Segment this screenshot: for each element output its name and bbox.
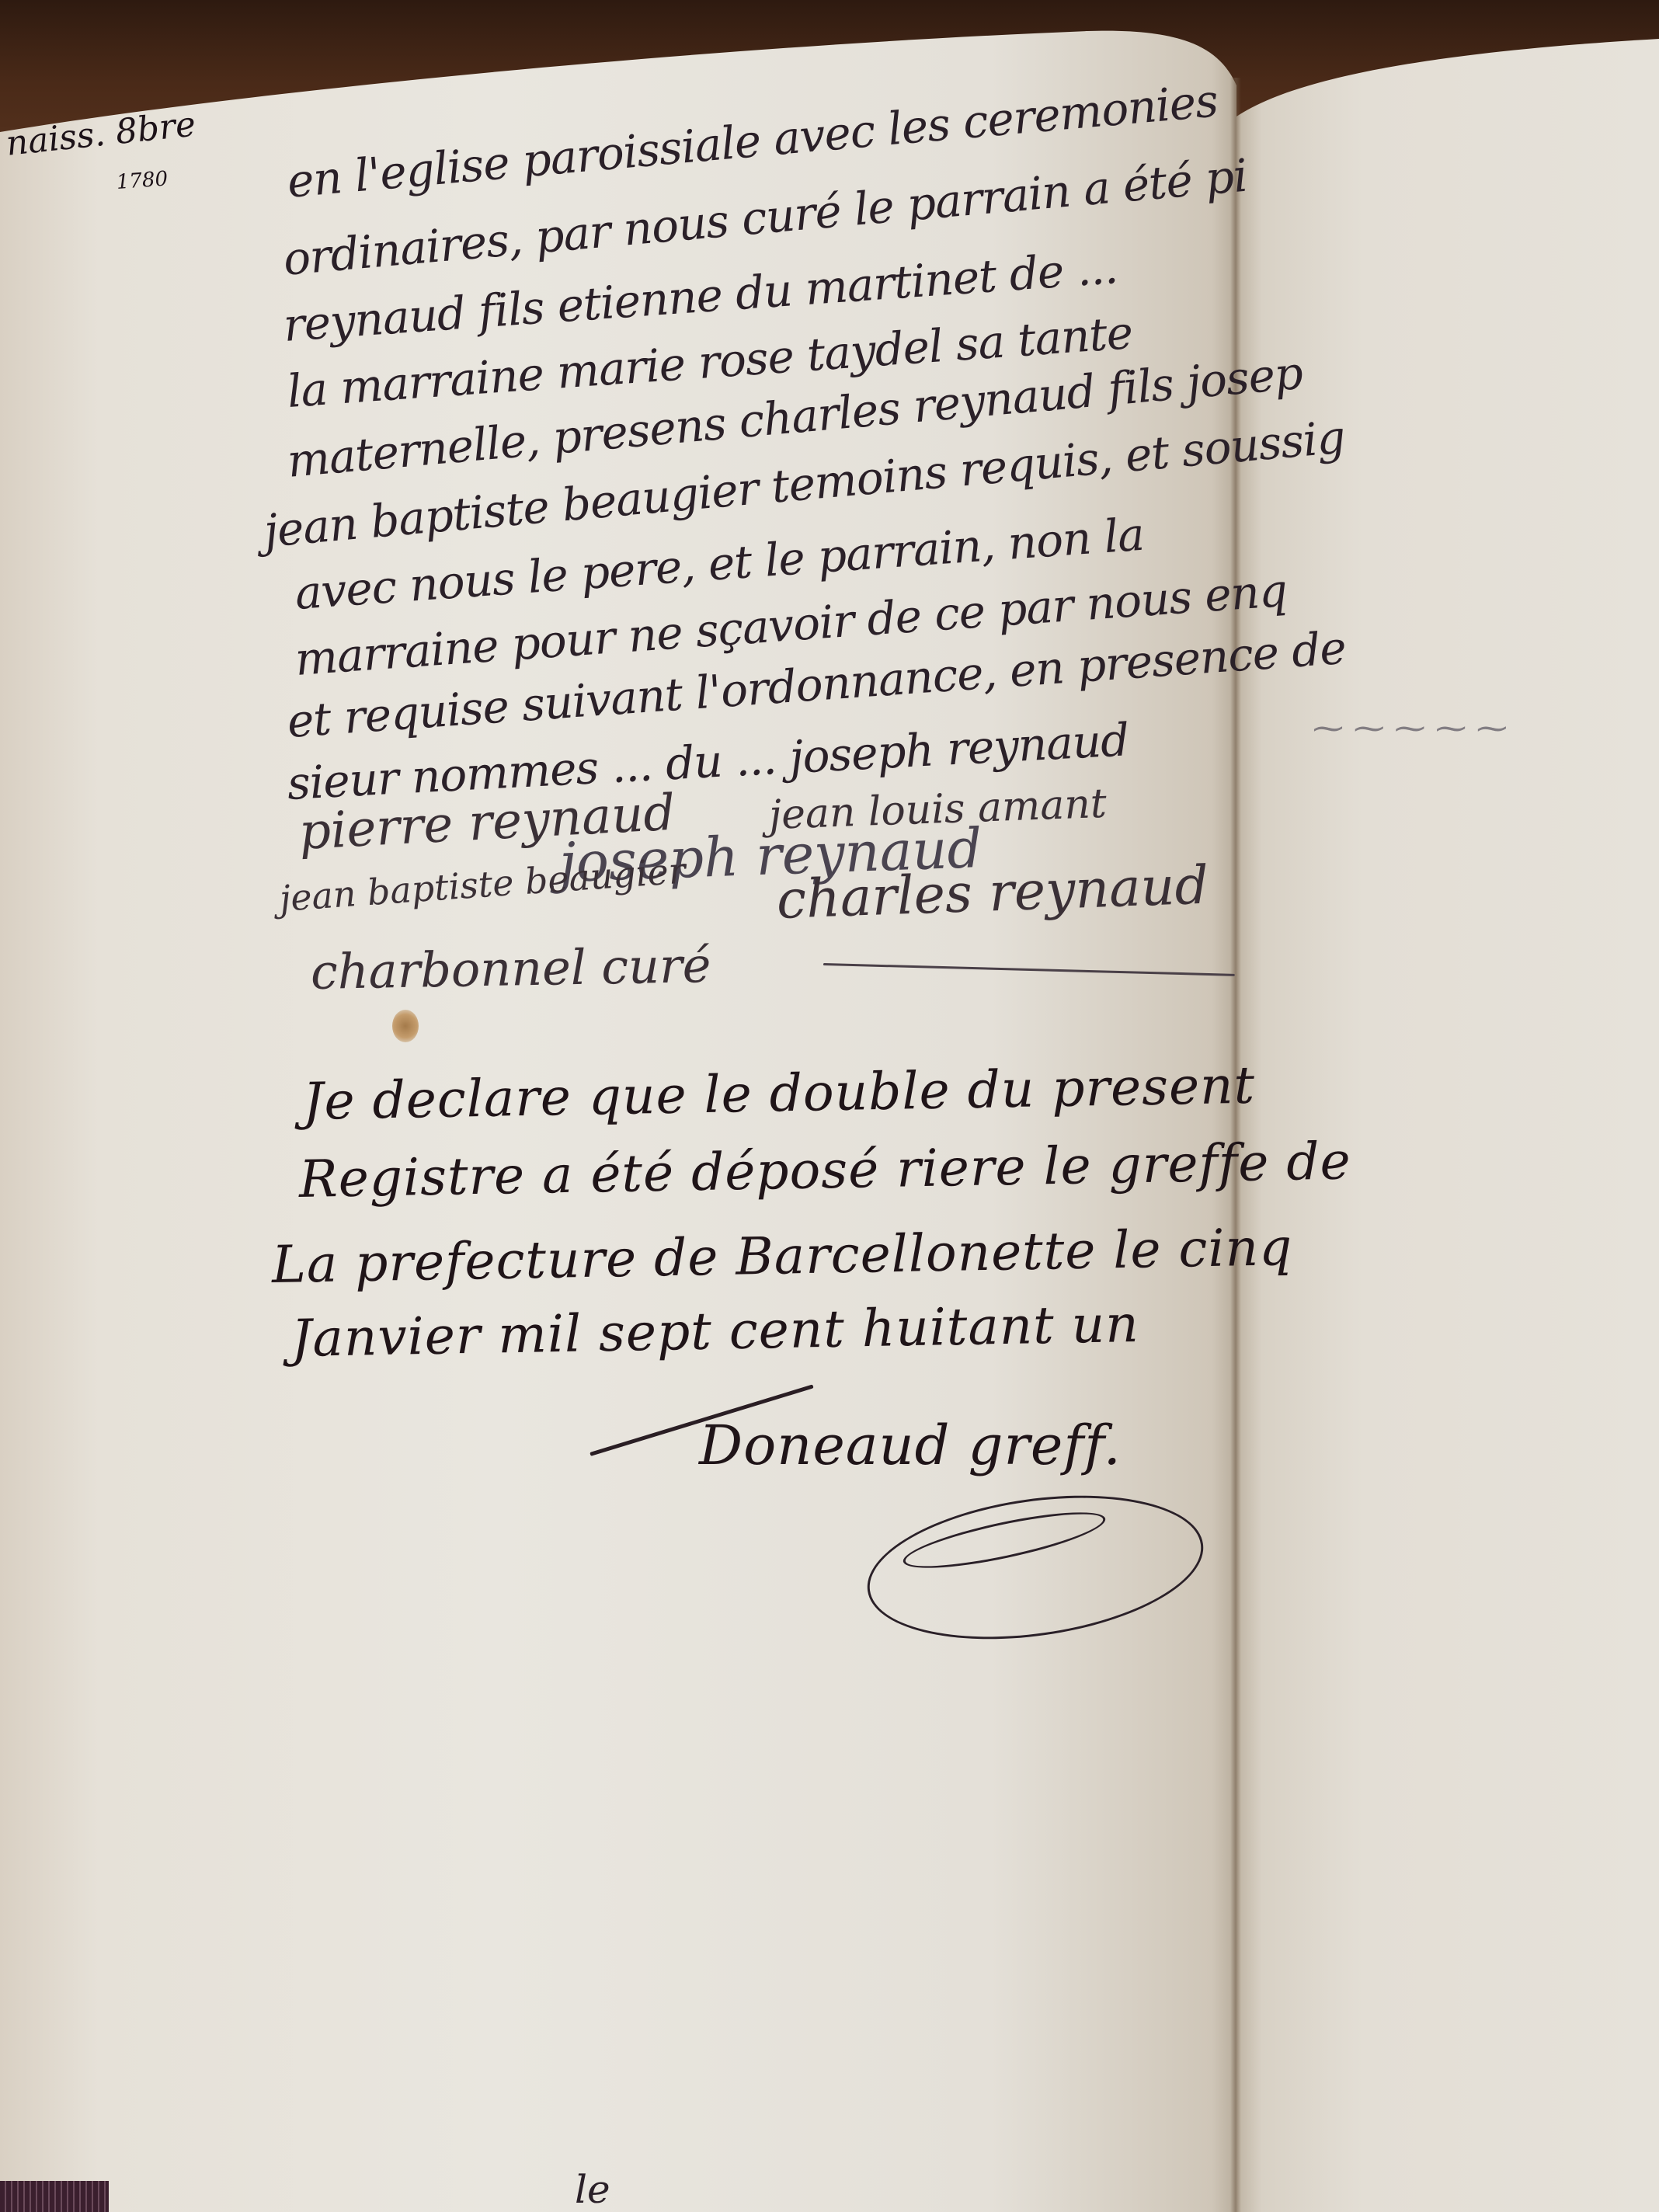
right-page-marks: ⁓ ⁓ ⁓ ⁓ ⁓ [1313,711,1508,746]
signature-charbonnel-cure: charbonnel curé [310,937,711,1000]
margin-note-sub: 1780 [116,167,169,194]
paper-stain [392,1010,419,1042]
right-page [1236,0,1659,2212]
greffier-signature: Doneaud greff. [699,1414,1122,1477]
bottom-text-fragment: le [575,2167,610,2212]
fabric-edge [0,2181,109,2212]
